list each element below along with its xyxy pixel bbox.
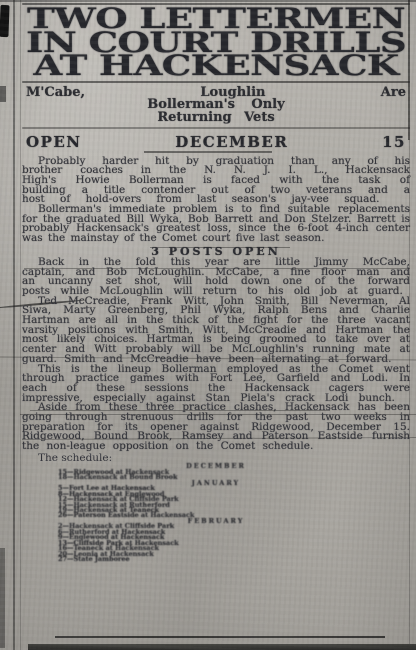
- article-column: TWO LETTERMEN IN COURT DRILLS AT HACKENS…: [22, 0, 410, 563]
- headline-line: AT HACKENSACK: [0, 54, 416, 78]
- rule-divider: [22, 127, 410, 129]
- article-body-continued: Back in the fold this year are little Ji…: [22, 258, 410, 452]
- subhead-line: Returning Vets: [22, 112, 410, 125]
- newspaper-clipping: TWO LETTERMEN IN COURT DRILLS AT HACKENS…: [0, 0, 416, 650]
- body-paragraph: This is the lineup Bollerman employed as…: [22, 365, 410, 404]
- scan-artifact-left-tick: [0, 86, 6, 102]
- column-rule-left: [13, 0, 15, 650]
- body-paragraph: Ted McCreadie, Frank Witt, John Smith, B…: [22, 297, 410, 365]
- body-paragraph: Back in the fold this year are little Ji…: [22, 258, 410, 297]
- schedule-list: DECEMBER 15—Ridgewood at Hackensack 18—H…: [22, 464, 410, 562]
- body-paragraph: Probably harder hit by graduation than a…: [22, 157, 410, 206]
- subhead: M'Cabe, Loughlin Are Bollerman's Only Re…: [22, 87, 410, 125]
- body-paragraph: Bollerman's immediate problem is to find…: [22, 205, 410, 244]
- schedule-game: 27—State Jamboree: [22, 557, 410, 562]
- headline: TWO LETTERMEN IN COURT DRILLS AT HACKENS…: [22, 7, 410, 78]
- article-body: Probably harder hit by graduation than a…: [22, 157, 410, 244]
- body-paragraph: Aside from these three practice clashes,…: [22, 403, 410, 452]
- kicker-headline: OPEN DECEMBER 15: [22, 133, 410, 151]
- scan-artifact-left-lower: [0, 548, 5, 648]
- next-article-edge: [28, 644, 416, 650]
- bottom-rule: [55, 636, 385, 638]
- column-rule-left-inner: [20, 0, 21, 650]
